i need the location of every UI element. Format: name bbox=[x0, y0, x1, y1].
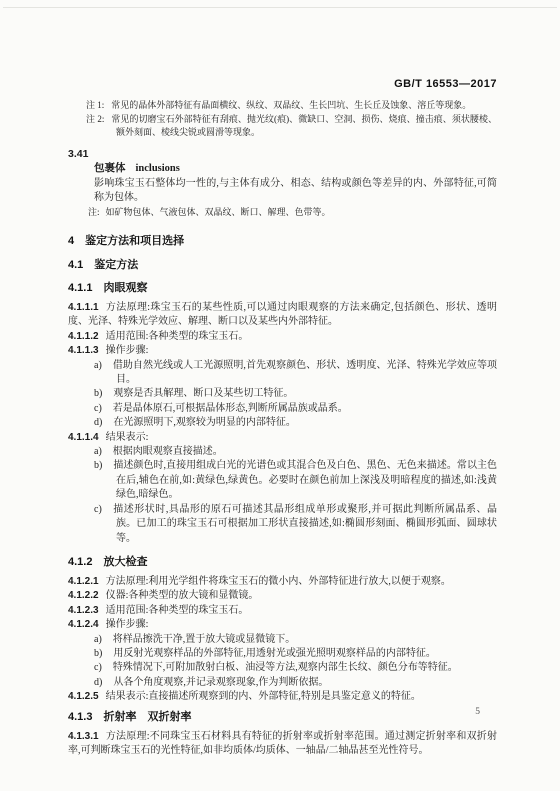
clause-text: 操作步骤: bbox=[106, 345, 149, 356]
note-2-label: 注 2: bbox=[86, 114, 104, 124]
note-1-label: 注 1: bbox=[86, 100, 104, 110]
list-item-c: c)特殊情况下,可附加散射白板、油浸等方法,观察内部生长纹、颜色分布等特征。 bbox=[68, 661, 497, 675]
list-label: d) bbox=[94, 417, 102, 428]
list-text: 从各个角度观察,并记录观察现象,作为判断依据。 bbox=[113, 677, 328, 688]
heading-number: 4.1 bbox=[68, 259, 83, 271]
list-item-b: b)观察是否具解理、断口及某些切工特征。 bbox=[68, 387, 497, 401]
clause-text: 适用范围:各种类型的珠宝玉石。 bbox=[106, 605, 249, 616]
clause-number: 4.1.1.2 bbox=[68, 331, 99, 342]
standard-code-header: GB/T 16553—2017 bbox=[68, 78, 497, 90]
list-label: c) bbox=[94, 662, 102, 673]
clause-4-1-3-body: 4.1.3.1方法原理:不同珠宝玉石材料具有特征的折射率或折射率范围。通过测定折… bbox=[68, 730, 497, 759]
heading-number: 4.1.3 bbox=[68, 711, 92, 723]
term-note-text: 如矿物包体、气液包体、双晶纹、断口、解理、色带等。 bbox=[106, 207, 331, 217]
clause-text: 仪器:各种类型的放大镜和显微镜。 bbox=[106, 590, 259, 601]
list-item-a: a)借助自然光线或人工光源照明,首先观察颜色、形状、透明度、光泽、特殊光学效应等… bbox=[68, 359, 497, 388]
term-name-en: inclusions bbox=[136, 163, 180, 174]
list-label: a) bbox=[94, 360, 102, 371]
note-1-text: 常见的晶体外部特征有晶面横纹、纵纹、双晶纹、生长凹坑、生长丘及蚀象、溶丘等现象。 bbox=[111, 100, 471, 110]
note-1: 注 1:常见的晶体外部特征有晶面横纹、纵纹、双晶纹、生长凹坑、生长丘及蚀象、溶丘… bbox=[86, 99, 497, 113]
clause-text: 方法原理:珠宝玉石的某些性质,可以通过肉眼观察的方法来确定,包括颜色、形状、透明… bbox=[68, 302, 497, 327]
heading-title: 鉴定方法和项目选择 bbox=[85, 235, 184, 247]
heading-clause-4-1: 4.1鉴定方法 bbox=[68, 258, 497, 273]
list-item-d: d)在光源照明下,观察较为明显的内部特征。 bbox=[68, 416, 497, 430]
note-2: 注 2:常见的切磨宝石外部特征有刮痕、抛光纹(痕)、微缺口、空洞、损伤、烧痕、撞… bbox=[86, 113, 497, 140]
list-label: b) bbox=[94, 648, 102, 659]
clause-number: 4.1.3.1 bbox=[68, 731, 99, 742]
list-item-c: c)描述形状时,具晶形的原石可描述其晶形组成单形或聚形,并可据此判断所属晶系、晶… bbox=[68, 503, 497, 546]
clause-4-1-2-body: 4.1.2.1方法原理:利用光学组件将珠宝玉石的微小内、外部特征进行放大,以便于… bbox=[68, 575, 497, 705]
term-definition: 影响珠宝玉石整体均一性的,与主体有成分、相态、结构或颜色等差异的内、外部特征,可… bbox=[94, 177, 497, 206]
page-number: 5 bbox=[475, 707, 480, 717]
clause-number: 4.1.2.1 bbox=[68, 576, 99, 587]
document-page: GB/T 16553—2017 注 1:常见的晶体外部特征有晶面横纹、纵纹、双晶… bbox=[0, 0, 560, 791]
term-note: 注:如矿物包体、气液包体、双晶纹、断口、解理、色带等。 bbox=[88, 206, 497, 220]
note-2-text: 常见的切磨宝石外部特征有刮痕、抛光纹(痕)、微缺口、空洞、损伤、烧痕、撞击痕、须… bbox=[111, 114, 497, 138]
clause-text: 方法原理:利用光学组件将珠宝玉石的微小内、外部特征进行放大,以便于观察。 bbox=[106, 576, 451, 587]
list-text: 用反射光观察样品的外部特征,用透射光或强光照明观察样品的内部特征。 bbox=[113, 648, 436, 659]
term-entry-341: 3.41 包裹体inclusions 影响珠宝玉石整体均一性的,与主体有成分、相… bbox=[68, 147, 497, 220]
list-item-d: d)从各个角度观察,并记录观察现象,作为判断依据。 bbox=[68, 676, 497, 690]
clause-number: 4.1.1.4 bbox=[68, 432, 99, 443]
clause-number: 4.1.2.5 bbox=[68, 691, 99, 702]
clause-number: 4.1.1.1 bbox=[68, 302, 99, 313]
clause-text: 结果表示:直接描述所观察到的内、外部特征,特别是具鉴定意义的特征。 bbox=[106, 691, 421, 702]
list-item-b: b)用反射光观察样品的外部特征,用透射光或强光照明观察样品的内部特征。 bbox=[68, 647, 497, 661]
clause-4-1-2-1: 4.1.2.1方法原理:利用光学组件将珠宝玉石的微小内、外部特征进行放大,以便于… bbox=[68, 575, 497, 589]
heading-title: 折射率 双折射率 bbox=[103, 711, 191, 723]
clause-4-1-2-4: 4.1.2.4操作步骤: bbox=[68, 618, 497, 632]
list-text: 观察是否具解理、断口及某些切工特征。 bbox=[113, 388, 293, 399]
heading-clause-4: 4鉴定方法和项目选择 bbox=[68, 234, 497, 249]
clause-text: 适用范围:各种类型的珠宝玉石。 bbox=[106, 331, 249, 342]
list-text: 根据肉眼观察直接描述。 bbox=[113, 446, 223, 457]
heading-title: 放大检查 bbox=[103, 556, 147, 568]
list-label: b) bbox=[94, 388, 102, 399]
list-text: 在光源照明下,观察较为明显的内部特征。 bbox=[113, 417, 296, 428]
heading-title: 鉴定方法 bbox=[94, 259, 138, 271]
list-item-a: a)将样品擦洗干净,置于放大镜或显微镜下。 bbox=[68, 633, 497, 647]
clause-4-1-3-1: 4.1.3.1方法原理:不同珠宝玉石材料具有特征的折射率或折射率范围。通过测定折… bbox=[68, 730, 497, 759]
clause-number: 4.1.2.3 bbox=[68, 605, 99, 616]
term-names: 包裹体inclusions bbox=[94, 161, 497, 177]
clause-4-1-1-4: 4.1.1.4结果表示: bbox=[68, 431, 497, 445]
list-text: 将样品擦洗干净,置于放大镜或显微镜下。 bbox=[113, 634, 296, 645]
list-item-b: b)描述颜色时,直接用组成白光的光谱色或其混合色及白色、黑色、无色来描述。常以主… bbox=[68, 459, 497, 502]
list-label: b) bbox=[94, 460, 102, 471]
heading-title: 肉眼观察 bbox=[103, 282, 147, 294]
heading-clause-4-1-1: 4.1.1肉眼观察 bbox=[68, 281, 497, 296]
list-item-a: a)根据肉眼观察直接描述。 bbox=[68, 445, 497, 459]
list-text: 描述形状时,具晶形的原石可描述其晶形组成单形或聚形,并可据此判断所属晶系、晶族。… bbox=[113, 504, 497, 544]
clause-4-1-1-3: 4.1.1.3操作步骤: bbox=[68, 344, 497, 358]
list-label: c) bbox=[94, 504, 102, 515]
list-label: d) bbox=[94, 677, 102, 688]
clause-4-1-1-2: 4.1.1.2适用范围:各种类型的珠宝玉石。 bbox=[68, 330, 497, 344]
term-name-zh: 包裹体 bbox=[94, 162, 126, 174]
heading-number: 4.1.1 bbox=[68, 282, 92, 294]
term-number: 3.41 bbox=[68, 147, 497, 162]
clause-4-1-2-5: 4.1.2.5结果表示:直接描述所观察到的内、外部特征,特别是具鉴定意义的特征。 bbox=[68, 690, 497, 704]
clause-text: 结果表示: bbox=[106, 432, 149, 443]
list-text: 借助自然光线或人工光源照明,首先观察颜色、形状、透明度、光泽、特殊光学效应等项目… bbox=[113, 360, 497, 385]
clause-number: 4.1.1.3 bbox=[68, 345, 99, 356]
clause-4-1-1-1: 4.1.1.1方法原理:珠宝玉石的某些性质,可以通过肉眼观察的方法来确定,包括颜… bbox=[68, 301, 497, 330]
list-label: a) bbox=[94, 446, 102, 457]
heading-clause-4-1-3: 4.1.3折射率 双折射率 bbox=[68, 710, 497, 725]
heading-number: 4.1.2 bbox=[68, 556, 92, 568]
clause-number: 4.1.2.2 bbox=[68, 590, 99, 601]
clause-text: 方法原理:不同珠宝玉石材料具有特征的折射率或折射率范围。通过测定折射率和双折射率… bbox=[68, 731, 497, 756]
clause-4-1-2-3: 4.1.2.3适用范围:各种类型的珠宝玉石。 bbox=[68, 604, 497, 618]
heading-clause-4-1-2: 4.1.2放大检查 bbox=[68, 555, 497, 570]
clause-number: 4.1.2.4 bbox=[68, 619, 99, 630]
clause-4-1-1-body: 4.1.1.1方法原理:珠宝玉石的某些性质,可以通过肉眼观察的方法来确定,包括颜… bbox=[68, 301, 497, 546]
term-note-label: 注: bbox=[88, 207, 100, 217]
list-item-c: c)若是晶体原石,可根据晶体形态,判断所属晶族或晶系。 bbox=[68, 402, 497, 416]
list-text: 若是晶体原石,可根据晶体形态,判断所属晶族或晶系。 bbox=[113, 403, 348, 414]
clause-4-1-2-2: 4.1.2.2仪器:各种类型的放大镜和显微镜。 bbox=[68, 589, 497, 603]
clause-340-notes: 注 1:常见的晶体外部特征有晶面横纹、纵纹、双晶纹、生长凹坑、生长丘及蚀象、溶丘… bbox=[86, 99, 497, 140]
list-text: 描述颜色时,直接用组成白光的光谱色或其混合色及白色、黑色、无色来描述。常以主色在… bbox=[113, 460, 497, 500]
clause-text: 操作步骤: bbox=[106, 619, 149, 630]
list-text: 特殊情况下,可附加散射白板、油浸等方法,观察内部生长纹、颜色分布等特征。 bbox=[113, 662, 458, 673]
list-label: a) bbox=[94, 634, 102, 645]
list-label: c) bbox=[94, 403, 102, 414]
heading-number: 4 bbox=[68, 235, 74, 247]
